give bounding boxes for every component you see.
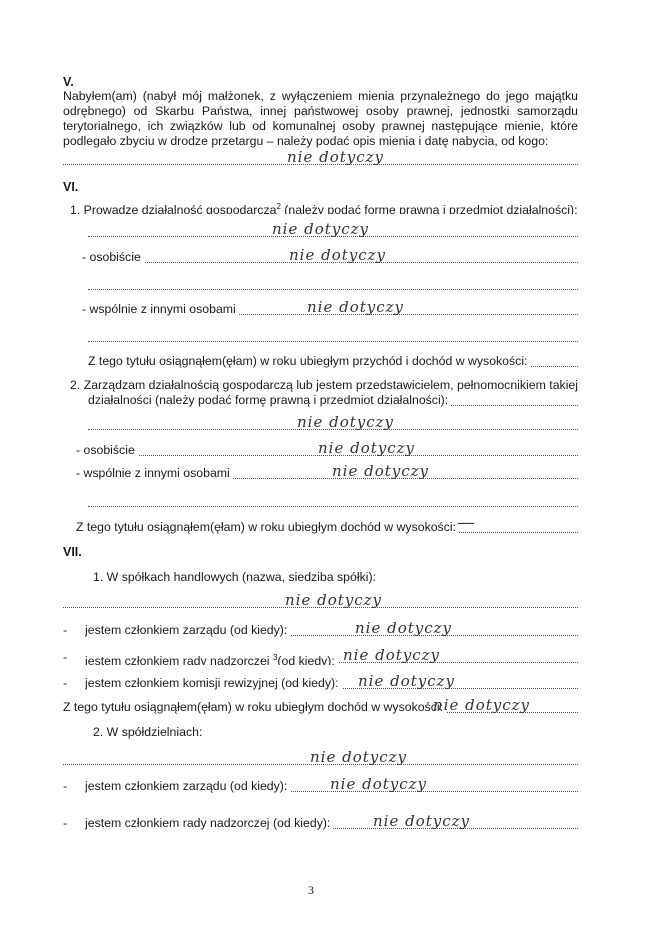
bullet-dash: - [63, 779, 67, 793]
vii-item2-supervisory-answer: nie dotyczy [373, 812, 470, 830]
section-v-text-body: Nabyłem(am) (nabył mój małżonek, z wyłąc… [63, 89, 578, 148]
vi-item2-jointly-line[interactable]: - wspólnie z innymi osobami [76, 466, 578, 481]
vii-item1-supervisory-answer: nie dotyczy [343, 646, 440, 664]
vi-item2-personally-answer: nie dotyczy [318, 439, 415, 457]
bullet-dash: - [63, 816, 67, 830]
vii-item1-supervisory-label-text: jestem członkiem rady nadzorczej [85, 654, 270, 665]
vi-item2-income-answer: — [457, 512, 476, 533]
vi-item1-personally-answer: nie dotyczy [289, 246, 386, 264]
bullet-dash: - [63, 676, 67, 690]
vi-item1-income-label: Z tego tytułu osiągnąłem(ęłam) w roku ub… [88, 354, 530, 368]
vi-item1-personally-label: - osobiście [82, 250, 144, 264]
page-number: 3 [308, 883, 314, 898]
vii-item1-audit-label: jestem członkiem komisji rewizyjnej (od … [85, 676, 342, 690]
vii-item2-label-text: 2. W spółdzielniach: [93, 725, 202, 739]
vii-item1-label: 1. W spółkach handlowych (nazwa, siedzib… [93, 570, 573, 585]
vi-item2-jointly-answer: nie dotyczy [332, 462, 429, 480]
vii-item1-board-label: jestem członkiem zarządu (od kiedy): [85, 623, 290, 637]
vii-item1-board-answer: nie dotyczy [355, 619, 452, 637]
vi-item1-jointly-answer: nie dotyczy [307, 298, 404, 316]
dotted-line [88, 506, 578, 507]
vi-item1-label: 1. Prowadzę działalność gospodarczą2 (na… [70, 199, 580, 214]
vi-item1-answer: nie dotyczy [272, 220, 369, 238]
vii-item2-label: 2. W spółdzielniach: [93, 725, 573, 740]
vi-item1-label-rest: (należy podać formę prawną i przedmiot d… [281, 203, 578, 214]
vii-item2-board-label: jestem członkiem zarządu (od kiedy): [85, 779, 290, 793]
vii-item1-income-answer: nie dotyczy [433, 696, 530, 714]
vi-item2-answer: nie dotyczy [297, 413, 394, 431]
section-vii-heading: VII. [63, 545, 82, 559]
vi-item2-jointly-label: - wspólnie z innymi osobami [76, 466, 233, 480]
section-vi-heading: VI. [63, 180, 78, 194]
vi-item2-income-line[interactable]: Z tego tytułu osiągnąłem(ęłam) w roku ub… [76, 520, 578, 535]
vii-item1-supervisory-label-rest: (od kiedy): [277, 654, 334, 665]
vi-item2-income-label: Z tego tytułu osiągnąłem(ęłam) w roku ub… [76, 520, 459, 534]
vii-item2-answer: nie dotyczy [310, 748, 407, 766]
vii-item1-answer: nie dotyczy [285, 591, 382, 609]
vi-item1-income-line[interactable]: Z tego tytułu osiągnąłem(ęłam) w roku ub… [88, 354, 578, 369]
vii-item2-board-answer: nie dotyczy [330, 775, 427, 793]
bullet-dash: - [63, 623, 67, 637]
vii-item1-income-label: Z tego tytułu osiągnąłem(ęłam) w roku ub… [63, 700, 446, 714]
vii-item1-board-line[interactable]: jestem członkiem zarządu (od kiedy): [85, 623, 578, 638]
vi-item2-personally-label: - osobiście [76, 443, 138, 457]
vi-item2-extra-line[interactable] [88, 494, 578, 509]
section-v-heading: V. [63, 75, 74, 89]
vii-item1-label-text: 1. W spółkach handlowych (nazwa, siedzib… [93, 570, 376, 584]
vi-item1-extra-line[interactable] [88, 277, 578, 292]
vi-item1-label-text: 1. Prowadzę działalność gospodarczą [70, 203, 276, 214]
vi-item2-label-line2-text: działalności (należy podać formę prawną … [88, 393, 451, 407]
dotted-line [88, 341, 578, 342]
vi-item1-extra-line-2[interactable] [88, 329, 578, 344]
vi-item1-jointly-label: - wspólnie z innymi osobami [82, 302, 239, 316]
section-v-text: Nabyłem(am) (nabył mój małżonek, z wyłąc… [63, 89, 578, 149]
section-v-answer: nie dotyczy [287, 148, 384, 166]
vi-item2-label: 2. Zarządzam działalnością gospodarczą l… [70, 378, 578, 393]
vii-item1-supervisory-label: jestem członkiem rady nadzorczej 3(od ki… [85, 654, 338, 665]
vi-item2-label-line1: 2. Zarządzam działalnością gospodarczą l… [70, 378, 578, 393]
vii-item1-supervisory-line[interactable]: jestem członkiem rady nadzorczej 3(od ki… [85, 650, 578, 665]
vii-item2-supervisory-label: jestem członkiem rady nadzorczej (od kie… [85, 816, 333, 830]
dotted-line [88, 289, 578, 290]
bullet-dash: - [63, 650, 67, 664]
vii-item1-audit-line[interactable]: jestem członkiem komisji rewizyjnej (od … [85, 676, 578, 691]
vii-item1-audit-answer: nie dotyczy [358, 672, 455, 690]
vii-item2-supervisory-line[interactable]: jestem członkiem rady nadzorczej (od kie… [85, 816, 578, 831]
vi-item2-label-line2[interactable]: działalności (należy podać formę prawną … [88, 393, 578, 408]
